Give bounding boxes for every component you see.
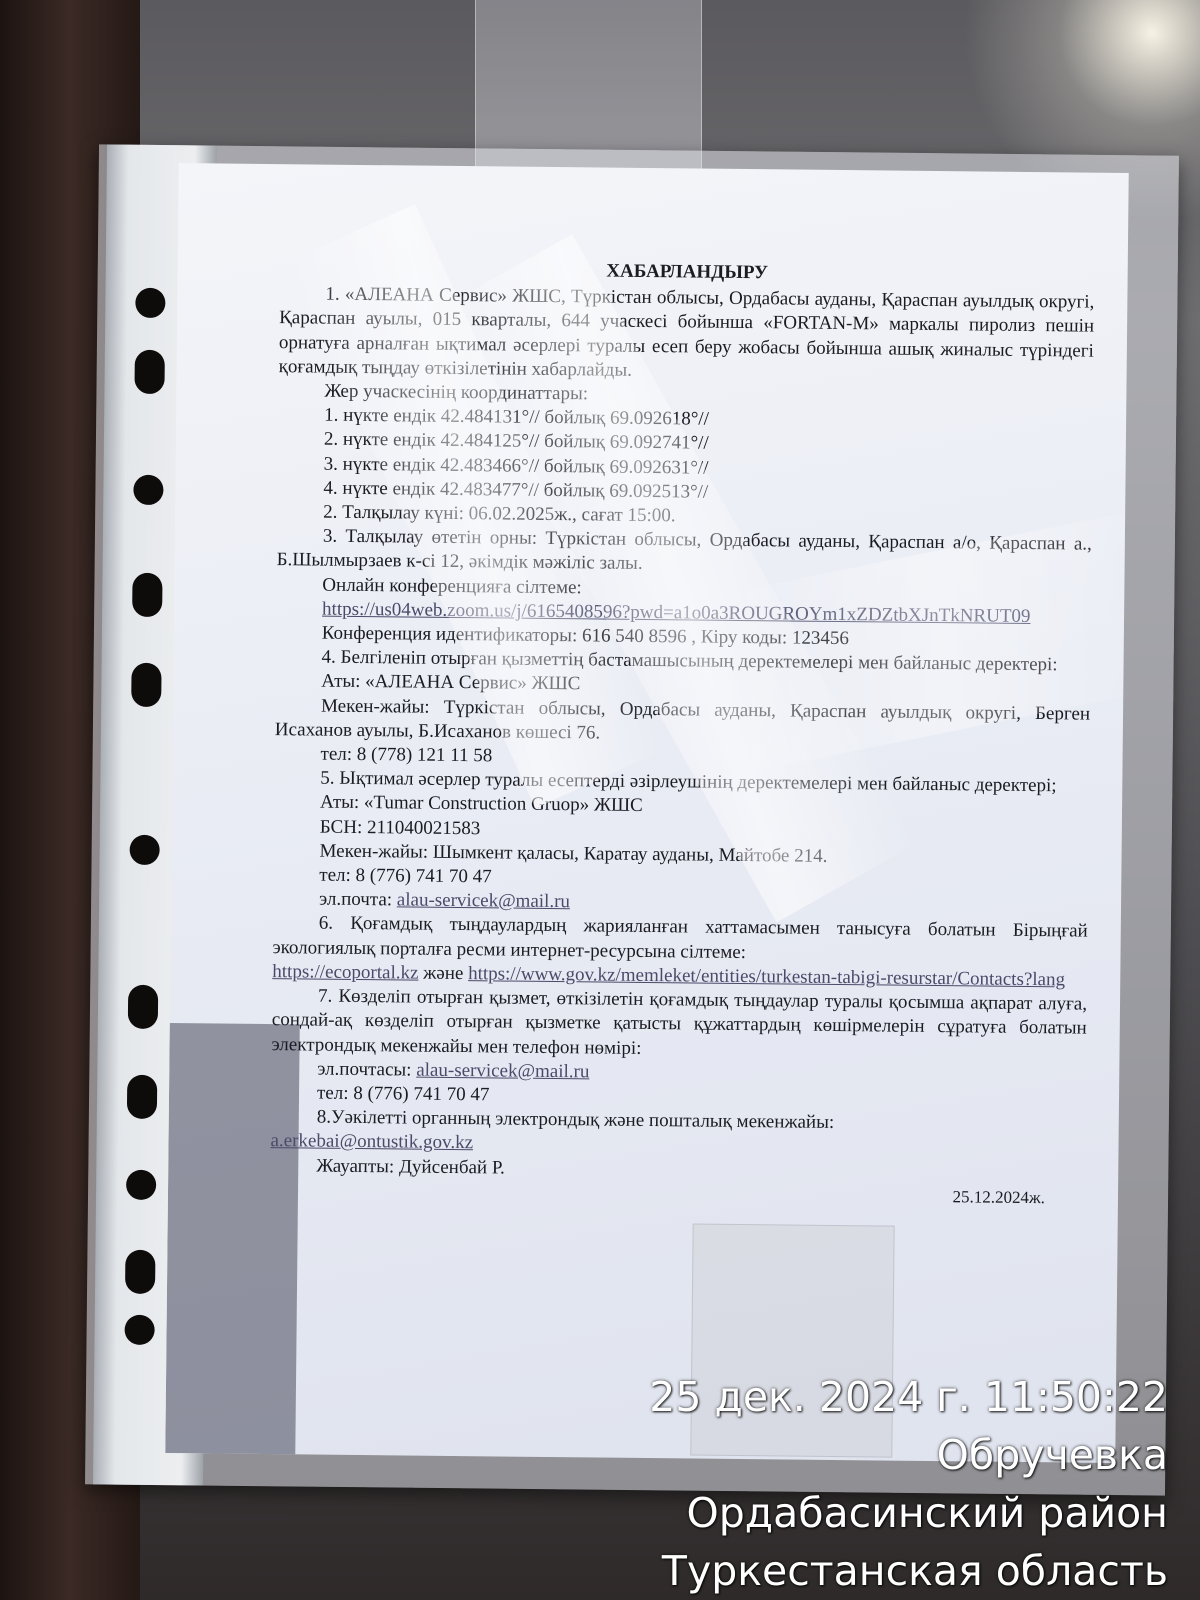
notice-paper: ХАБАРЛАНДЫРУ 1. «АЛЕАНА Сервис» ЖШС, Түр… [165, 163, 1128, 1463]
punch-hole [132, 573, 162, 617]
contact-email-link[interactable]: alau-servicek@mail.ru [416, 1059, 589, 1082]
photo-timestamp-overlay: 25 дек. 2024 г. 11:50:22 Обручевка Ордаб… [649, 1368, 1168, 1600]
ecoportal-link[interactable]: https://ecoportal.kz [272, 961, 418, 984]
and-text: және [418, 963, 468, 985]
notice-content: ХАБАРЛАНДЫРУ 1. «АЛЕАНА Сервис» ЖШС, Түр… [270, 256, 1095, 1210]
punch-hole [126, 1170, 156, 1200]
punch-hole [128, 985, 158, 1029]
punch-hole [124, 1315, 154, 1345]
paragraph-1: 1. «АЛЕАНА Сервис» ЖШС, Түркістан облысы… [279, 282, 1095, 387]
photo-locality: Обручевка [649, 1426, 1168, 1484]
contact-email-label: эл.почтасы: [317, 1058, 416, 1080]
paragraph-3-location: 3. Талқылау өтетін орны: Түркістан облыс… [276, 524, 1091, 581]
punch-hole [131, 663, 161, 707]
photo-datetime: 25 дек. 2024 г. 11:50:22 [649, 1368, 1168, 1426]
photo-region: Туркестанская область [649, 1542, 1168, 1600]
punch-hole [133, 475, 163, 505]
photo-district: Ордабасинский район [649, 1484, 1168, 1542]
punch-hole [130, 835, 160, 865]
punch-hole [135, 288, 165, 318]
authority-email-link[interactable]: a.erkebai@ontustik.gov.kz [270, 1130, 473, 1153]
paragraph-7: 7. Көзделіп отырған қызмет, өткізілетін … [271, 984, 1087, 1065]
developer-email-label: эл.почта: [319, 889, 397, 911]
paragraph-6: 6. Қоғамдық тыңдаулардың жарияланған хат… [272, 912, 1087, 969]
punch-hole [125, 1250, 155, 1294]
punch-hole [134, 350, 164, 394]
developer-email-link[interactable]: alau-servicek@mail.ru [397, 890, 570, 913]
punch-hole [127, 1075, 157, 1119]
initiator-address: Мекен-жайы: Түркістан облысы, Ордабасы а… [275, 694, 1090, 751]
